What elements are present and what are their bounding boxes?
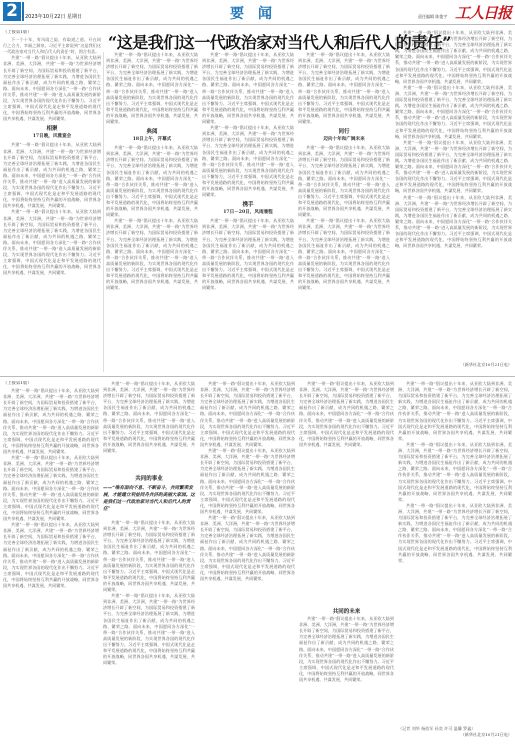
body-paragraph: 共建“一带一路”倡议提出十年来，从亚欧大陆到非洲、美洲、大洋洲，共建“一带一路”… (395, 30, 512, 85)
body-paragraph: 共建“一带一路”倡议提出十年来，从亚欧大陆到非洲、美洲、大洋洲，共建“一带一路”… (298, 218, 390, 291)
section-heading-xieshou: 携手 (202, 201, 294, 209)
body-paragraph: 共建“一带一路”倡议提出十年来，从亚欧大陆到非洲、美洲、大洋洲，共建“一带一路”… (103, 381, 195, 454)
body-paragraph: 共建“一带一路”倡议提出十年来，从亚欧大陆到非洲、美洲、大洋洲，共建“一带一路”… (106, 218, 198, 291)
continuation-label: （上接第1版） (3, 381, 99, 387)
body-paragraph: 共建“一带一路”倡议提出十年来，从亚欧大陆到非洲、美洲、大洋洲，共建“一带一路”… (395, 140, 512, 195)
pull-quote: 共同的事业 ——“唯有面向不息、不断奋斗，共同繁荣发展，才能建立利益同舟共济的美… (103, 476, 195, 513)
body-paragraph: 共建“一带一路”倡议提出十年来，从亚欧大陆到非洲、美洲、大洋洲，共建“一带一路”… (398, 381, 512, 442)
body-paragraph: 共建“一带一路”倡议提出十年来，从亚欧大陆到非洲、美洲、大洋洲，共建“一带一路”… (202, 52, 294, 125)
section-heading-tongxing: 同行 (298, 128, 390, 136)
pull-quote-text: ——“唯有面向不息、不断奋斗，共同繁荣发展，才能建立利益同舟共济的美丽大家园。这… (103, 485, 195, 513)
section-heading-future: 共同的未来 (299, 608, 394, 616)
main-headline: “这是我们这一代政治家对当代人和后代人的责任” (108, 30, 418, 53)
body-paragraph: 共建“一带一路”倡议提出十年来，从亚欧大陆到非洲、美洲、大洋洲，共建“一带一路”… (299, 616, 394, 683)
bottom-story-column-2-lower: 共建“一带一路”倡议提出十年来，从亚欧大陆到非洲、美洲、大洋洲，共建“一带一路”… (103, 520, 195, 745)
bottom-story-column-4: 共建“一带一路”倡议提出十年来，从亚欧大陆到非洲、美洲、大洋洲，共建“一带一路”… (299, 381, 394, 745)
bottom-story-footer: （记者 刘华 杨依军 孙奕 许可 温馨 罗鑫） （新华社北京10月21日电） (398, 726, 512, 748)
bottom-story-column-2: 共建“一带一路”倡议提出十年来，从亚欧大陆到非洲、美洲、大洋洲，共建“一带一路”… (103, 381, 195, 473)
body-paragraph: 共建“一带一路”倡议提出十年来，从亚欧大陆到非洲、美洲、大洋洲，共建“一带一路”… (202, 218, 294, 291)
body-paragraph: 共建“一带一路”倡议提出十年来，从亚欧大陆到非洲、美洲、大洋洲，共建“一带一路”… (106, 145, 198, 218)
bottom-story-column-5: 共建“一带一路”倡议提出十年来，从亚欧大陆到非洲、美洲、大洋洲，共建“一带一路”… (398, 381, 512, 726)
body-paragraph: 共建“一带一路”倡议提出十年来，从亚欧大陆到非洲、美洲、大洋洲，共建“一带一路”… (200, 381, 295, 448)
body-paragraph: 共建“一带一路”倡议提出十年来，从亚欧大陆到非洲、美洲、大洋洲，共建“一带一路”… (200, 515, 295, 582)
body-paragraph: 共建“一带一路”倡议提出十年来，从亚欧大陆到非洲、美洲、大洋洲，共建“一带一路”… (398, 503, 512, 564)
column-divider (103, 52, 104, 372)
top-story-credit: （新华社北京10月21日电） (395, 362, 512, 370)
page-number-badge: 2 (3, 2, 21, 21)
top-story-column-3: 共建“一带一路”倡议提出十年来，从亚欧大陆到非洲、美洲、大洋洲，共建“一带一路”… (202, 52, 294, 372)
body-paragraph: 共建“一带一路”倡议提出十年来，从亚欧大陆到非洲、美洲、大洋洲，共建“一带一路”… (3, 388, 99, 455)
intro-paragraph: 下一个十年，有风雨之险，有取道之道。开在同行之合力，幸福之源泉。习近平主席说到“… (3, 37, 101, 55)
top-story-column-5: 共建“一带一路”倡议提出十年来，从亚欧大陆到非洲、美洲、大洋洲，共建“一带一路”… (395, 30, 512, 362)
body-paragraph: 共建“一带一路”倡议提出十年来，从亚欧大陆到非洲、美洲、大洋洲，共建“一带一路”… (3, 209, 101, 276)
body-paragraph: 共建“一带一路”倡议提出十年来，从亚欧大陆到非洲、美洲、大洋洲，共建“一带一路”… (200, 448, 295, 515)
body-paragraph: 共建“一带一路”倡议提出十年来，从亚欧大陆到非洲、美洲、大洋洲，共建“一带一路”… (299, 381, 394, 448)
editor-credit: 责任编辑 陈俊宇 (418, 14, 447, 20)
body-paragraph: 共建“一带一路”倡议提出十年来，从亚欧大陆到非洲、美洲、大洋洲，共建“一带一路”… (106, 52, 198, 125)
bottom-story-column-3: 共建“一带一路”倡议提出十年来，从亚欧大陆到非洲、美洲、大洋洲，共建“一带一路”… (200, 381, 295, 745)
continuation-label: （上接第1版） (3, 30, 101, 36)
page-number-divider (22, 2, 24, 21)
body-paragraph: 共建“一带一路”倡议提出十年来，从亚欧大陆到非洲、美洲、大洋洲，共建“一带一路”… (298, 52, 390, 125)
body-paragraph: 共建“一带一路”倡议提出十年来，从亚欧大陆到非洲、美洲、大洋洲，共建“一带一路”… (202, 125, 294, 198)
story-separator (0, 376, 515, 377)
body-paragraph: 共建“一带一路”倡议提出十年来，从亚欧大陆到非洲、美洲、大洋洲，共建“一带一路”… (3, 55, 101, 122)
bottom-story-credit: （新华社北京10月21日电） (398, 732, 512, 738)
section-heading-dianli: 典阅 (106, 128, 198, 136)
body-paragraph: 共建“一带一路”倡议提出十年来，从亚欧大陆到非洲、美洲、大洋洲，共建“一带一路”… (298, 145, 390, 218)
section-subheading-xiangju: 17日晚，风雅宴会 (3, 133, 101, 140)
section-subheading-xieshou: 17日－20日，风雨兼程 (202, 209, 294, 216)
bottom-story-column-1: （上接第1版） 共建“一带一路”倡议提出十年来，从亚欧大陆到非洲、美洲、大洋洲，… (3, 381, 99, 745)
top-story-column-1: （上接第1版） 下一个十年，有风雨之险，有取道之道。开在同行之合力，幸福之源泉。… (3, 30, 101, 372)
issue-date: 2023年10月22日 星期日 (25, 13, 82, 20)
body-paragraph: 共建“一带一路”倡议提出十年来，从亚欧大陆到非洲、美洲、大洋洲，共建“一带一路”… (395, 195, 512, 250)
body-paragraph: 共建“一带一路”倡议提出十年来，从亚欧大陆到非洲、美洲、大洋洲，共建“一带一路”… (3, 142, 101, 209)
body-paragraph: 共建“一带一路”倡议提出十年来，从亚欧大陆到非洲、美洲、大洋洲，共建“一带一路”… (395, 85, 512, 140)
pull-quote-title: 共同的事业 (103, 476, 195, 483)
body-paragraph: 共建“一带一路”倡议提出十年来，从亚欧大陆到非洲、美洲、大洋洲，共建“一带一路”… (103, 520, 195, 593)
section-subheading-tongxing: 迈向十年和广阔未来 (298, 136, 390, 143)
newspaper-logo: 工人日报 (455, 2, 511, 23)
top-story-column-2: 共建“一带一路”倡议提出十年来，从亚欧大陆到非洲、美洲、大洋洲，共建“一带一路”… (106, 52, 198, 372)
section-subheading-dianli: 18日上午，开幕式 (106, 136, 198, 143)
top-story-column-4: 共建“一带一路”倡议提出十年来，从亚欧大陆到非洲、美洲、大洋洲，共建“一带一路”… (298, 52, 390, 372)
body-paragraph: 共建“一带一路”倡议提出十年来，从亚欧大陆到非洲、美洲、大洋洲，共建“一带一路”… (3, 455, 99, 522)
masthead: 2 2023年10月22日 星期日 要闻 责任编辑 陈俊宇 工人日报 (0, 0, 515, 25)
body-paragraph: 共建“一带一路”倡议提出十年来，从亚欧大陆到非洲、美洲、大洋洲，共建“一带一路”… (103, 593, 195, 666)
section-title: 要闻 (230, 3, 286, 23)
body-paragraph: 共建“一带一路”倡议提出十年来，从亚欧大陆到非洲、美洲、大洋洲，共建“一带一路”… (398, 442, 512, 503)
body-paragraph: 共建“一带一路”倡议提出十年来，从亚欧大陆到非洲、美洲、大洋洲，共建“一带一路”… (3, 522, 99, 589)
section-heading-xiangju: 相聚 (3, 125, 101, 133)
